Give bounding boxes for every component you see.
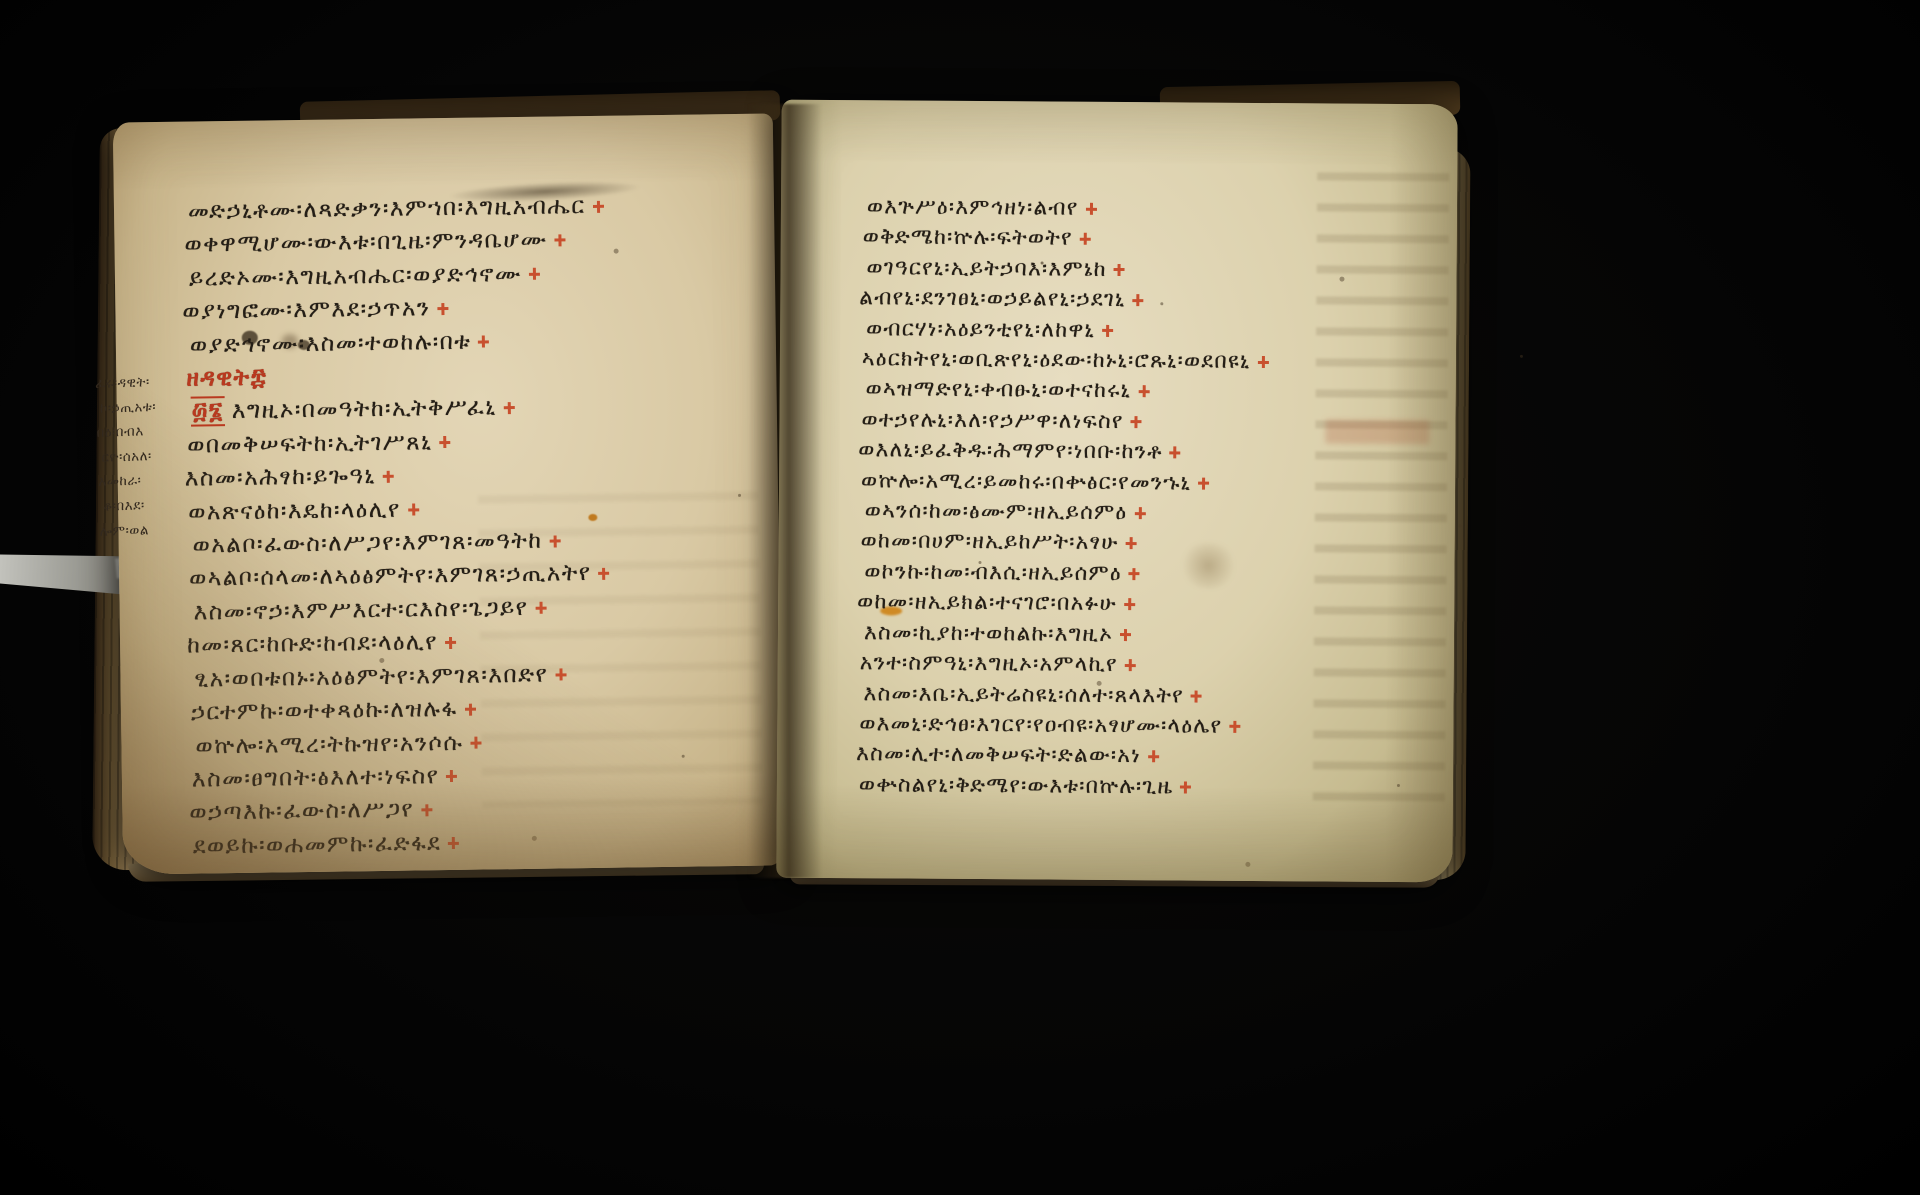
- verse-separator-cross-icon: [529, 268, 540, 280]
- verse-separator-cross-icon: [1114, 264, 1125, 276]
- verse-text: ወአጽናዕከ፡እዴከ፡ላዕሊየ: [188, 496, 401, 525]
- verse-text: ልብየኒ፡ደንገፀኒ፡ወኃይልየኒ፡ኃደገኒ: [859, 285, 1125, 312]
- verse-text: ወኵሎ፡አሚረ፡ትኩዝየ፡አንሶሱ: [195, 729, 463, 759]
- verse-separator-cross-icon: [555, 669, 566, 681]
- margin-note: ሎም፡ወል: [99, 516, 208, 544]
- verse-text: ከመ፡ጸር፡ከቡድ፡ከብደ፡ላዕሊየ: [187, 629, 438, 659]
- verse-separator-cross-icon: [1191, 690, 1202, 702]
- verse-separator-cross-icon: [445, 637, 456, 649]
- verse-text: ፂአ፡ወበቱበኑ፡አዕፅምትየ፡እምገጸ፡እበድየ: [194, 661, 548, 692]
- margin-note: በዕ፡በብእ: [96, 418, 205, 446]
- verse-text: ወእጕሥዕ፡እምኅዘነ፡ልብየ: [867, 194, 1079, 220]
- verse-text: እስመ፡ኪያከ፡ተወከልኩ፡እግዚኦ: [864, 620, 1113, 647]
- verse-separator-cross-icon: [408, 504, 419, 516]
- text-line: እስመ፡ኪያከ፡ተወከልኩ፡እግዚኦ: [864, 618, 1436, 652]
- verse-separator-cross-icon: [439, 436, 450, 448]
- verse-text: ወአልቦ፡ፈውስ፡ለሥጋየ፡እምገጸ፡መዓትከ: [193, 528, 543, 559]
- text-line: ወኣዝማድየኒ፡ቀብፁኒ፡ወተናከሩኒ: [866, 375, 1438, 409]
- margin-note: ርዮ፡ሰአለ፡: [101, 442, 206, 470]
- left-text-column: መድኃኒቶሙ፡ለጻድቃን፡እምኀበ፡እግዚአብሔር ወቀዋሚሆሙ፡ውእቱ፡በጊዜ…: [184, 188, 759, 864]
- verse-text: ደወይኩ፡ወሐመምኩ፡ፈድፋደ: [193, 830, 442, 859]
- verse-text: ወበመቅሠፍትከ፡ኢትገሥጸኒ: [187, 429, 433, 458]
- verse-separator-cross-icon: [1148, 751, 1159, 763]
- verse-separator-cross-icon: [549, 535, 560, 547]
- text-line: እስመ፡እቤ፡ኢይትሬስዩኒ፡ሰለተ፡ጸላእትየ: [863, 679, 1435, 713]
- left-page: ፈሩ፡ዳዊት፡ ኮ፡ኃጢአቱ፡ በዕ፡በብእ ርዮ፡ሰአለ፡ እመከራ፡ ቆ፡በ…: [113, 113, 783, 874]
- margin-note: ኮ፡ኃጢአቱ፡: [100, 393, 205, 421]
- margin-note: ፈሩ፡ዳዊት፡: [95, 369, 204, 397]
- verse-text: ኣዕርክትየኒ፡ወቢጽየኒ፡ዕደው፡ከኑኒ፡ሮጹኒ፡ወደበዩኒ: [862, 346, 1251, 374]
- verse-text: አንተ፡ስምዓኒ፡እግዚኦ፡አምላኪየ: [860, 650, 1118, 677]
- verse-separator-cross-icon: [421, 804, 432, 816]
- verse-text: ወኣዝማድየኒ፡ቀብፁኒ፡ወተናከሩኒ: [866, 377, 1132, 404]
- verse-separator-cross-icon: [535, 602, 546, 614]
- verse-text: ወብርሃነ፡አዕይንቲየኒ፡ለከዋኒ: [866, 316, 1095, 343]
- verse-text: ወኵሎ፡አሚረ፡ይመከሩ፡በቍፅር፡የመንኁኒ: [861, 468, 1191, 495]
- verse-text: ይረድኦሙ፡እግዚአብሔር፡ወያድኅኖሙ: [189, 261, 522, 292]
- verse-text: መድኃኒቶሙ፡ለጻድቃን፡እምኀበ፡እግዚአብሔር: [188, 193, 586, 225]
- verse-text: እስመ፡ኖኃ፡እምሥእርተ፡ርእስየ፡ጌጋይየ: [193, 595, 528, 626]
- verse-separator-cross-icon: [464, 703, 475, 715]
- verse-separator-cross-icon: [1080, 233, 1091, 245]
- verse-separator-cross-icon: [1134, 507, 1145, 519]
- verse-text: ወከመ፡ዘኢይክል፡ተናገሮ፡በአፉሁ: [857, 589, 1117, 616]
- verse-separator-cross-icon: [1132, 294, 1143, 306]
- verse-separator-cross-icon: [448, 837, 459, 849]
- verse-separator-cross-icon: [478, 336, 489, 348]
- verse-text: ወያድኅኖሙ፡እስመ፡ተወከሉ፡በቱ: [190, 328, 472, 358]
- verse-text: ወቅድሜከ፡ኵሉ፡ፍትወትየ: [863, 225, 1073, 251]
- verse-separator-cross-icon: [1198, 477, 1209, 489]
- verse-separator-cross-icon: [1125, 659, 1136, 671]
- verse-separator-cross-icon: [1126, 538, 1137, 550]
- verse-separator-cross-icon: [1170, 447, 1181, 459]
- verse-separator-cross-icon: [1180, 781, 1191, 793]
- text-line: ወእመኒ፡ድኅፀ፡እገርየ፡የዐብዩ፡አፃሆሙ፡ላዕሌየ: [859, 709, 1435, 743]
- text-line: ልብየኒ፡ደንገፀኒ፡ወኃይልየኒ፡ኃደገኒ: [859, 283, 1438, 317]
- margin-notes: ፈሩ፡ዳዊት፡ ኮ፡ኃጢአቱ፡ በዕ፡በብእ ርዮ፡ሰአለ፡ እመከራ፡ ቆ፡በ…: [99, 369, 208, 544]
- verse-separator-cross-icon: [1120, 629, 1131, 641]
- margin-note: ቆ፡በእደ፡: [103, 491, 208, 519]
- verse-text: ወቀዋሚሆሙ፡ውእቱ፡በጊዜ፡ምንዳቤሆሙ: [184, 227, 547, 258]
- text-line: ወገዓርየኒ፡ኢይትኃባእ፡እምኔከ: [866, 253, 1438, 287]
- verse-separator-cross-icon: [446, 770, 457, 782]
- verse-separator-cross-icon: [598, 568, 609, 580]
- verse-separator-cross-icon: [1129, 568, 1140, 580]
- text-line: ደወይኩ፡ወሐመምኩ፡ፈድፋደ: [193, 822, 759, 863]
- verse-text: እግዚኦ፡በመዓትከ፡ኢትቅሥፈኒ: [232, 395, 497, 425]
- text-line: ወቅድሜከ፡ኵሉ፡ፍትወትየ: [863, 223, 1439, 257]
- text-line: ወኮንኩ፡ከመ፡ብእሲ፡ዘኢይሰምዕ: [864, 557, 1436, 591]
- verse-text: ኃርተምኩ፡ወተቀጻዕኩ፡ለዝሉፋ: [191, 696, 458, 726]
- verse-text: እስመ፡አሕፃከ፡ይጐዓኒ: [185, 463, 376, 492]
- verse-separator-cross-icon: [592, 200, 603, 212]
- verse-text: ወተኃየሉኒ፡እለ፡የኃሥዋ፡ለነፍስየ: [861, 407, 1123, 434]
- verse-separator-cross-icon: [437, 303, 448, 315]
- text-line: ወከመ፡ዘኢይክል፡ተናገሮ፡በአፉሁ: [857, 587, 1436, 621]
- verse-text: ወያነግፎሙ፡እምእደ፡ኃጥአን: [182, 295, 430, 324]
- verse-separator-cross-icon: [383, 471, 394, 483]
- verse-text: እስመ፡ሊተ፡ለመቅሠፍት፡ድልው፡አነ: [856, 741, 1141, 768]
- verse-text: ወእመኒ፡ድኅፀ፡እገርየ፡የዐብዩ፡አፃሆሙ፡ላዕሌየ: [859, 711, 1222, 739]
- verse-text: ወኃጣእኩ፡ፈውስ፡ለሥጋየ: [189, 797, 414, 826]
- text-line: ወከመ፡በሀም፡ዘኢይከሥት፡አፃሁ: [861, 527, 1437, 561]
- verse-text: ወከመ፡በሀም፡ዘኢይከሥት፡አፃሁ: [861, 529, 1119, 556]
- verse-text: ወገዓርየኒ፡ኢይትኃባእ፡እምኔከ: [866, 255, 1106, 282]
- text-line: ወእለኒ፡ይፈቅዱ፡ሕማምየ፡ነበቡ፡ከንቶ: [858, 435, 1437, 469]
- verse-text: እስመ፡እቤ፡ኢይትሬስዩኒ፡ሰለተ፡ጸላእትየ: [863, 681, 1184, 708]
- verse-separator-cross-icon: [504, 402, 515, 414]
- verse-separator-cross-icon: [1138, 386, 1149, 398]
- verse-separator-cross-icon: [1257, 356, 1268, 368]
- text-line: ወኣንሰ፡ከመ፡ፅሙም፡ዘኢይሰምዕ: [865, 496, 1437, 530]
- text-line: ወብርሃነ፡አዕይንቲየኒ፡ለከዋኒ: [866, 314, 1438, 348]
- verse-separator-cross-icon: [470, 737, 481, 749]
- text-line: ወተኃየሉኒ፡እለ፡የኃሥዋ፡ለነፍስየ: [861, 405, 1437, 439]
- verse-separator-cross-icon: [1102, 325, 1113, 337]
- verse-separator-cross-icon: [554, 234, 565, 246]
- verse-text: ወቍስልየኒ፡ቅድሜየ፡ውእቱ፡በኵሉ፡ጊዜ: [859, 772, 1174, 799]
- text-line: አንተ፡ስምዓኒ፡እግዚኦ፡አምላኪየ: [860, 648, 1436, 682]
- verse-separator-cross-icon: [1131, 416, 1142, 428]
- verse-separator-cross-icon: [1086, 203, 1097, 215]
- verse-separator-cross-icon: [1124, 598, 1135, 610]
- right-text-column: ወእጕሥዕ፡እምኅዘነ፡ልብየ ወቅድሜከ፡ኵሉ፡ፍትወትየ ወገዓርየኒ፡ኢይ…: [859, 192, 1439, 804]
- text-line: ኣዕርክትየኒ፡ወቢጽየኒ፡ዕደው፡ከኑኒ፡ሮጹኒ፡ወደበዩኒ: [862, 344, 1438, 378]
- verse-text: ወኮንኩ፡ከመ፡ብእሲ፡ዘኢይሰምዕ: [864, 559, 1122, 586]
- verse-text: ወኣንሰ፡ከመ፡ፅሙም፡ዘኢይሰምዕ: [865, 498, 1128, 525]
- verse-text: ወኣልቦ፡ሰላመ፡ለኣዕፅምትየ፡እምገጸ፡ኃጢአትየ: [189, 560, 592, 592]
- text-line: ወእጕሥዕ፡እምኅዘነ፡ልብየ: [867, 192, 1439, 226]
- margin-note: እመከራ፡: [98, 467, 207, 495]
- verse-text: እስመ፡ፀግበት፡ፅእለተ፡ነፍስየ: [192, 763, 440, 792]
- right-page: ወእጕሥዕ፡እምኅዘነ፡ልብየ ወቅድሜከ፡ኵሉ፡ፍትወትየ ወገዓርየኒ፡ኢይ…: [776, 100, 1457, 883]
- verse-separator-cross-icon: [1229, 721, 1240, 733]
- text-line: እስመ፡ሊተ፡ለመቅሠፍት፡ድልው፡አነ: [856, 739, 1435, 773]
- text-line: ወቍስልየኒ፡ቅድሜየ፡ውእቱ፡በኵሉ፡ጊዜ: [859, 770, 1435, 804]
- text-line: ወኵሎ፡አሚረ፡ይመከሩ፡በቍፅር፡የመንኁኒ: [861, 466, 1437, 500]
- verse-text: ወእለኒ፡ይፈቅዱ፡ሕማምየ፡ነበቡ፡ከንቶ: [858, 437, 1163, 464]
